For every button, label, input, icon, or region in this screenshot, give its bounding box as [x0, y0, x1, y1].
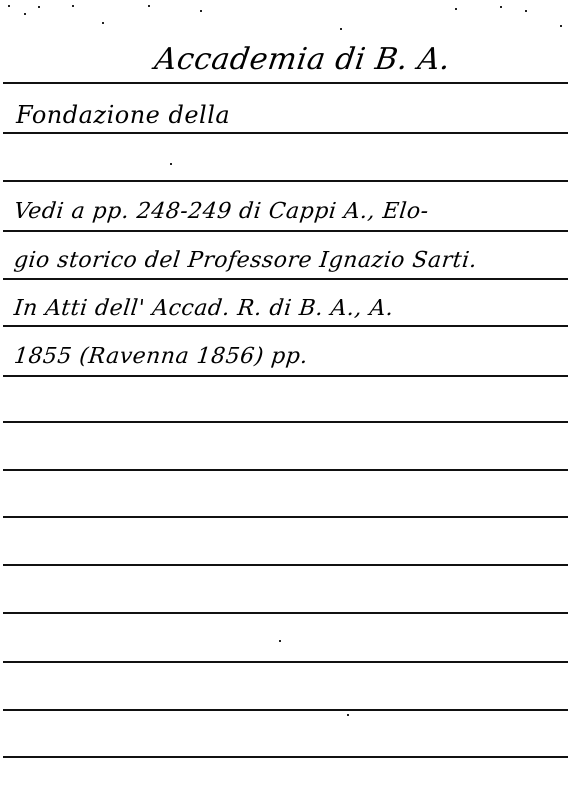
ruled-line — [3, 82, 568, 84]
ruled-line — [3, 278, 568, 280]
ruled-line — [3, 756, 568, 758]
ruled-line — [3, 180, 568, 182]
ruled-line — [3, 132, 568, 134]
scan-speck — [148, 5, 150, 7]
scan-speck — [170, 163, 172, 165]
ruled-line — [3, 516, 568, 518]
index-card: Accademia di B. A. Fondazione della Vedi… — [0, 0, 571, 800]
scan-speck — [200, 10, 202, 12]
scan-speck — [340, 28, 342, 30]
scan-speck — [525, 10, 527, 12]
ruled-line — [3, 421, 568, 423]
ruled-line — [3, 375, 568, 377]
ruled-line — [3, 564, 568, 566]
scan-speck — [72, 5, 74, 7]
ruled-line — [3, 325, 568, 327]
card-subheading: Fondazione della — [16, 101, 230, 129]
scan-speck — [560, 25, 562, 27]
card-heading: Accademia di B. A. — [153, 42, 453, 77]
ruled-line — [3, 709, 568, 711]
scan-speck — [455, 8, 457, 10]
ruled-line — [3, 469, 568, 471]
ruled-line — [3, 612, 568, 614]
ruled-line — [3, 661, 568, 663]
scan-speck — [347, 714, 349, 716]
scan-speck — [24, 13, 26, 15]
scan-speck — [8, 5, 10, 7]
body-line: gio storico del Professore Ignazio Sarti… — [13, 248, 479, 273]
body-line: 1855 (Ravenna 1856) pp. — [13, 344, 310, 369]
scan-speck — [38, 6, 40, 8]
ruled-line — [3, 230, 568, 232]
body-line: Vedi a pp. 248-249 di Cappi A., Elo- — [13, 199, 430, 224]
scan-speck — [279, 640, 281, 642]
scan-speck — [102, 22, 104, 24]
scan-speck — [500, 6, 502, 8]
body-line: In Atti dell' Accad. R. di B. A., A. — [13, 296, 395, 321]
